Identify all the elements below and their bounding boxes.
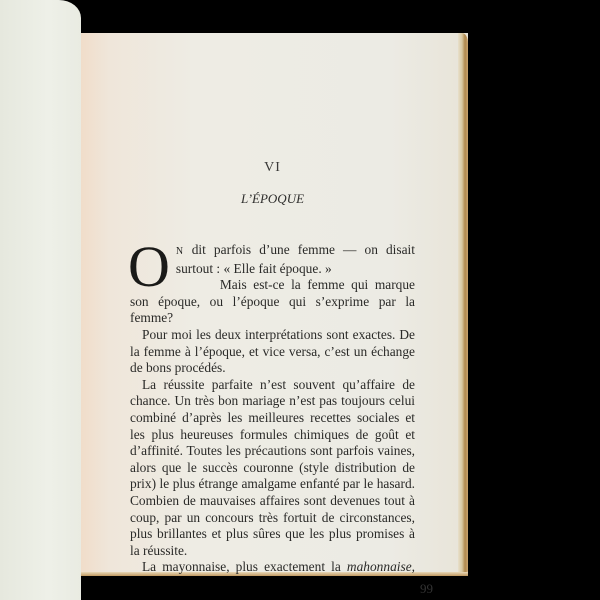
paragraph-1: ON dit parfois d’une femme — on disait s… <box>130 242 415 277</box>
paragraph-4: La réussite parfaite n’est souvent qu’af… <box>130 377 415 560</box>
body-text: ON dit parfois d’une femme — on disait s… <box>130 242 415 576</box>
paragraph-text: La mayonnaise, plus exactement la <box>142 559 347 574</box>
paragraph-5: La mayonnaise, plus exactement la mahonn… <box>130 559 415 576</box>
book-page: VI L’ÉPOQUE ON dit parfois d’une femme —… <box>78 33 468 576</box>
gilt-page-edge <box>458 33 468 576</box>
paragraph-3: Pour moi les deux interprétations sont e… <box>130 327 415 377</box>
drop-cap: O <box>128 245 170 289</box>
chapter-title: L’ÉPOQUE <box>130 191 415 208</box>
chapter-number: VI <box>130 160 415 177</box>
page-number: 99 <box>420 581 433 598</box>
first-word-smallcap: N <box>176 246 184 257</box>
left-page-curl <box>0 0 81 600</box>
paragraph-text: dit parfois d’une femme — on disait surt… <box>176 242 415 276</box>
italic-word: mahonnaise, <box>347 559 415 574</box>
paragraph-2: Mais est-ce la femme qui marque son époq… <box>130 277 415 327</box>
